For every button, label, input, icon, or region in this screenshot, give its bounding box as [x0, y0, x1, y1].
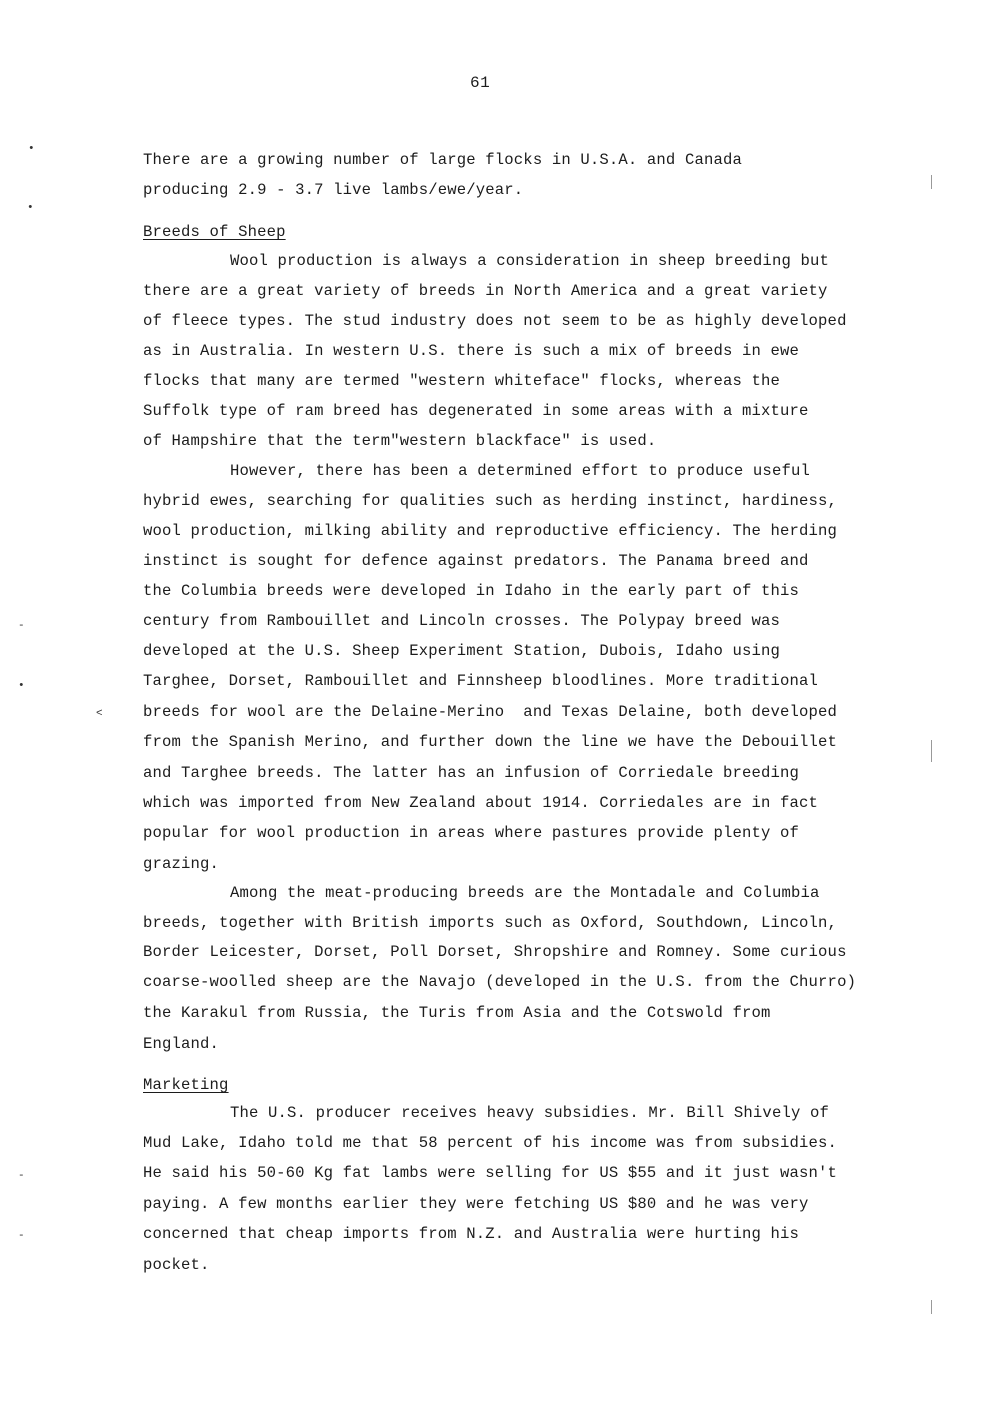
paragraph-line: from the Spanish Merino, and further dow… — [143, 733, 837, 751]
paragraph-line: flocks that many are termed "western whi… — [143, 372, 780, 390]
scan-mark: • — [18, 680, 25, 692]
scan-mark: - — [18, 620, 25, 632]
paragraph-line: coarse-woolled sheep are the Navajo (dev… — [143, 973, 856, 991]
intro-line: There are a growing number of large floc… — [143, 151, 742, 169]
section-heading-breeds: Breeds of Sheep — [143, 223, 286, 241]
paragraph-line: Suffolk type of ram breed has degenerate… — [143, 402, 809, 420]
paragraph-line: of Hampshire that the term"western black… — [143, 432, 656, 450]
paragraph-line: concerned that cheap imports from N.Z. a… — [143, 1225, 799, 1243]
page-number: 61 — [470, 74, 490, 92]
scan-mark: - — [18, 1230, 25, 1242]
paragraph-line: He said his 50-60 Kg fat lambs were sell… — [143, 1164, 837, 1182]
paragraph-line: and Targhee breeds. The latter has an in… — [143, 764, 799, 782]
scan-mark: • — [28, 143, 35, 155]
paragraph-line: there are a great variety of breeds in N… — [143, 282, 828, 300]
paragraph-line: Targhee, Dorset, Rambouillet and Finnshe… — [143, 672, 818, 690]
paragraph-line: as in Australia. In western U.S. there i… — [143, 342, 799, 360]
scan-line — [931, 1300, 932, 1314]
scan-line — [931, 175, 932, 189]
paragraph-line: The U.S. producer receives heavy subsidi… — [230, 1104, 829, 1122]
paragraph-line: paying. A few months earlier they were f… — [143, 1195, 809, 1213]
paragraph-line: Border Leicester, Dorset, Poll Dorset, S… — [143, 943, 847, 961]
paragraph-line: the Karakul from Russia, the Turis from … — [143, 1004, 771, 1022]
paragraph-line: grazing. — [143, 855, 219, 873]
paragraph-line: of fleece types. The stud industry does … — [143, 312, 847, 330]
paragraph-line: century from Rambouillet and Lincoln cro… — [143, 612, 780, 630]
scan-mark: • — [27, 202, 34, 214]
scan-mark: < — [96, 708, 103, 720]
paragraph-line: wool production, milking ability and rep… — [143, 522, 837, 540]
paragraph-line: Mud Lake, Idaho told me that 58 percent … — [143, 1134, 837, 1152]
section-heading-marketing: Marketing — [143, 1076, 229, 1094]
scan-line — [931, 740, 932, 762]
scan-mark: - — [18, 1170, 25, 1182]
paragraph-line: breeds for wool are the Delaine-Merino a… — [143, 703, 837, 721]
intro-line: producing 2.9 - 3.7 live lambs/ewe/year. — [143, 181, 523, 199]
paragraph-line: England. — [143, 1035, 219, 1053]
paragraph-line: developed at the U.S. Sheep Experiment S… — [143, 642, 780, 660]
paragraph-line: instinct is sought for defence against p… — [143, 552, 809, 570]
paragraph-line: pocket. — [143, 1256, 210, 1274]
paragraph-line: which was imported from New Zealand abou… — [143, 794, 818, 812]
paragraph-line: Among the meat-producing breeds are the … — [230, 884, 819, 902]
paragraph-line: popular for wool production in areas whe… — [143, 824, 799, 842]
paragraph-line: breeds, together with British imports su… — [143, 914, 837, 932]
paragraph-line: Wool production is always a consideratio… — [230, 252, 829, 270]
paragraph-line: hybrid ewes, searching for qualities suc… — [143, 492, 837, 510]
paragraph-line: However, there has been a determined eff… — [230, 462, 810, 480]
paragraph-line: the Columbia breeds were developed in Id… — [143, 582, 799, 600]
